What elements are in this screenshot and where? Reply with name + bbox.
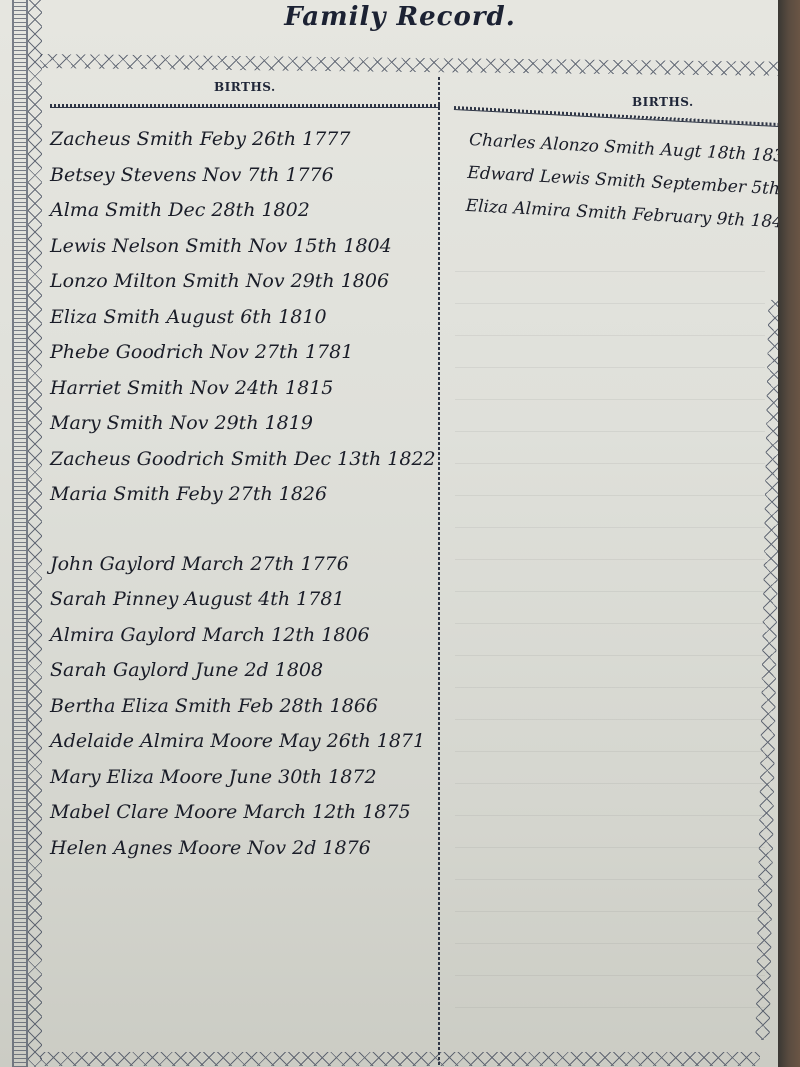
column-divider xyxy=(438,75,440,1065)
birth-entry: Betsey Stevens Nov 7th 1776 xyxy=(50,158,435,194)
birth-entry: Lonzo Milton Smith Nov 29th 1806 xyxy=(50,264,435,300)
bottom-diamond-border xyxy=(40,1052,760,1066)
birth-entry: Almira Gaylord March 12th 1806 xyxy=(50,618,435,654)
birth-entry: John Gaylord March 27th 1776 xyxy=(50,547,435,583)
left-column-heading: BIRTHS. xyxy=(214,80,276,94)
birth-entry: Sarah Pinney August 4th 1781 xyxy=(50,582,435,618)
birth-entry: Lewis Nelson Smith Nov 15th 1804 xyxy=(50,229,435,265)
book-spine-edge xyxy=(778,0,800,1067)
birth-entry: Mabel Clare Moore March 12th 1875 xyxy=(50,795,435,831)
birth-entry: Mary Eliza Moore June 30th 1872 xyxy=(50,760,435,796)
right-births-list: Charles Alonzo Smith Augt 18th 1835 Edwa… xyxy=(465,124,800,240)
faint-ruled-lines xyxy=(455,240,765,1020)
birth-entry: Zacheus Smith Feby 26th 1777 xyxy=(50,122,435,158)
right-heading-rule xyxy=(454,106,800,128)
birth-entry: Mary Smith Nov 29th 1819 xyxy=(50,406,435,442)
birth-entry: Harriet Smith Nov 24th 1815 xyxy=(50,371,435,407)
birth-entry: Sarah Gaylord June 2d 1808 xyxy=(50,653,435,689)
record-page: Family Record. BIRTHS. BIRTHS. Zacheus S… xyxy=(0,0,786,1067)
birth-entry: Bertha Eliza Smith Feb 28th 1866 xyxy=(50,689,435,725)
left-diamond-border xyxy=(28,0,42,1067)
birth-entry: Alma Smith Dec 28th 1802 xyxy=(50,193,435,229)
page-title: Family Record. xyxy=(0,2,800,32)
left-births-list: Zacheus Smith Feby 26th 1777 Betsey Stev… xyxy=(50,122,435,866)
birth-entry: Maria Smith Feby 27th 1826 xyxy=(50,477,435,513)
birth-entry: Adelaide Almira Moore May 26th 1871 xyxy=(50,724,435,760)
top-diamond-border xyxy=(40,54,800,76)
left-border-ornament xyxy=(12,0,28,1067)
birth-entry: Zacheus Goodrich Smith Dec 13th 1822 xyxy=(50,442,435,478)
birth-entry: Eliza Smith August 6th 1810 xyxy=(50,300,435,336)
left-heading-rule xyxy=(50,104,440,108)
birth-entry: Phebe Goodrich Nov 27th 1781 xyxy=(50,335,435,371)
birth-entry: Helen Agnes Moore Nov 2d 1876 xyxy=(50,831,435,867)
right-column-heading: BIRTHS. xyxy=(632,95,694,109)
